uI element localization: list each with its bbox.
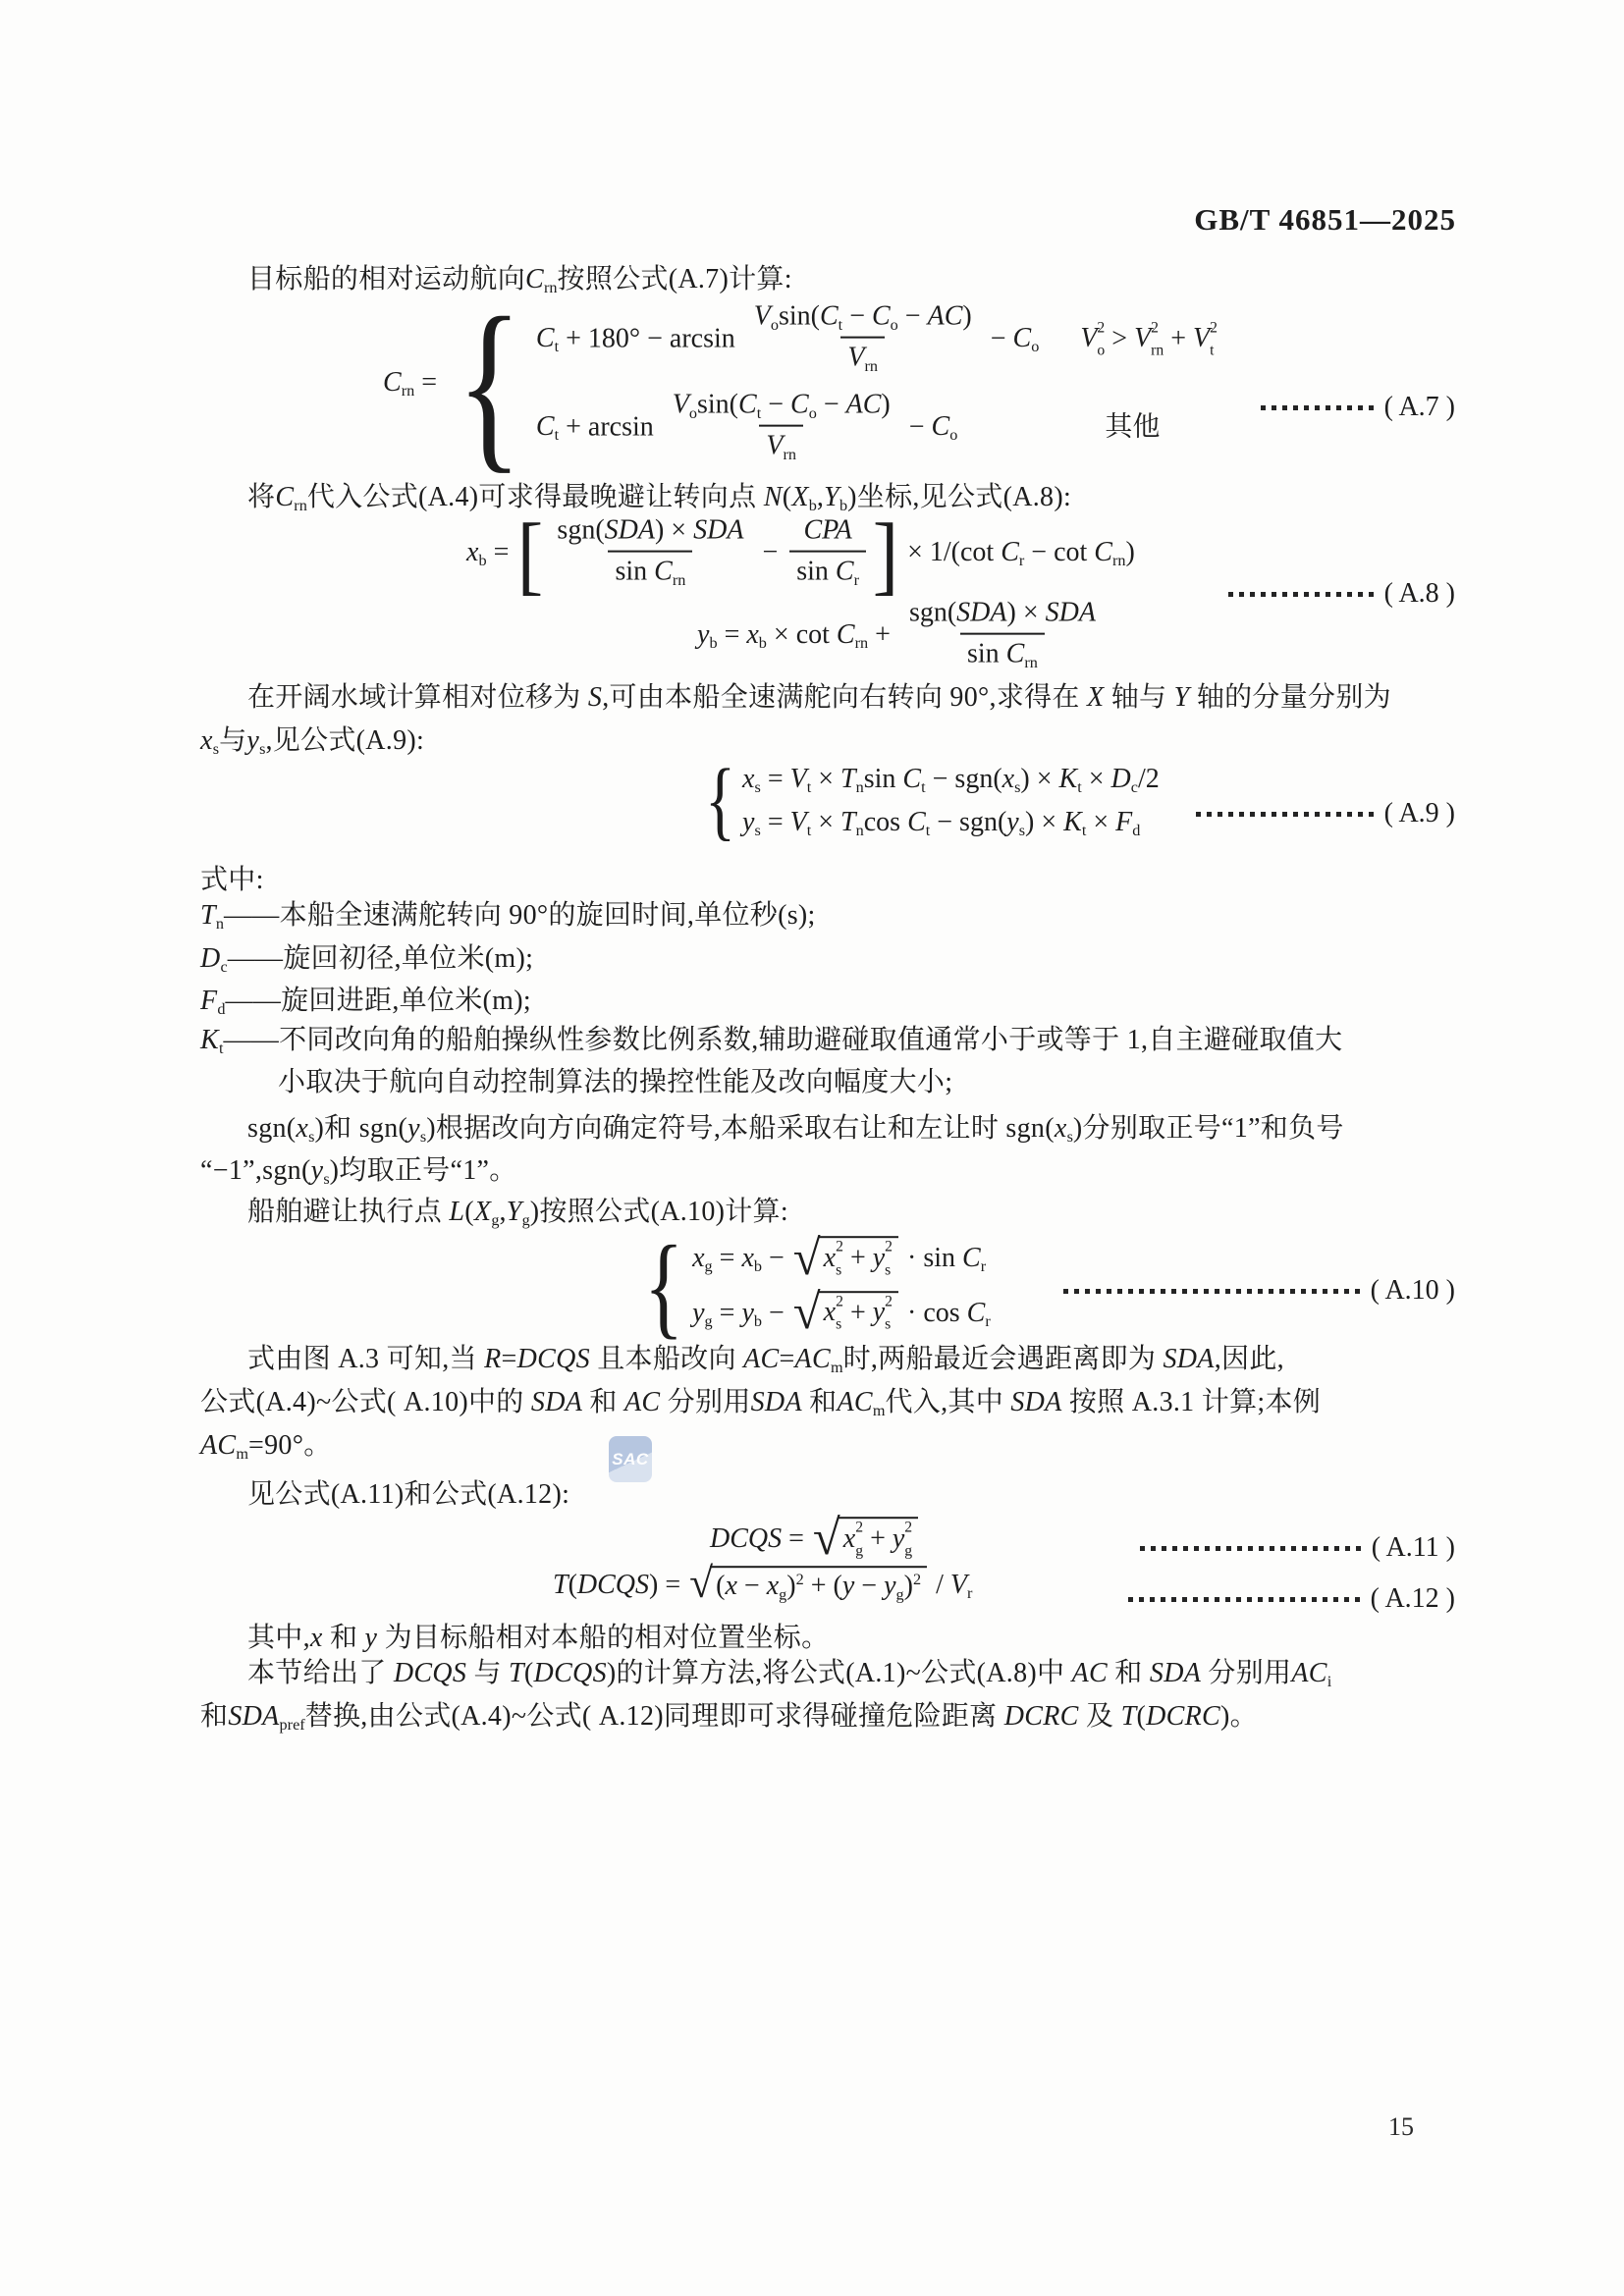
formula-ref-a9: ( A.9 ) bbox=[1196, 797, 1455, 830]
where-label: 式中: bbox=[200, 864, 264, 897]
definition-kt-line1: Kt——不同改向角的船舶操纵性参数比例系数,辅助避碰取值通常小于或等于 1,自主… bbox=[200, 1024, 1342, 1057]
formula-a9: {xs = Vt × Tnsin Ct − sgn(xs) × Kt × Dc/… bbox=[699, 764, 1160, 838]
ref-label: ( A.11 ) bbox=[1372, 1532, 1455, 1564]
formula-ref-a8: ( A.8 ) bbox=[1228, 577, 1455, 611]
watermark-text: SAC bbox=[612, 1450, 648, 1469]
ref-label: ( A.10 ) bbox=[1371, 1275, 1455, 1307]
dots-leader bbox=[1063, 1289, 1366, 1294]
formula-a12: T(DCQS) = √(x − xg)2 + (y − yg)2 / Vr bbox=[553, 1569, 972, 1605]
formula-a8-line2: yb = xb × cot Crn + sgn(SDA) × SDAsin Cr… bbox=[697, 601, 1108, 673]
definition-kt-line2: 小取决于航向自动控制算法的操控性能及改向幅度大小; bbox=[278, 1066, 952, 1099]
ref-label: ( A.12 ) bbox=[1371, 1583, 1455, 1615]
formula-ref-a7: ( A.7 ) bbox=[1261, 391, 1455, 424]
definition-tn: Tn——本船全速满舵转向 90°的旋回时间,单位秒(s); bbox=[200, 899, 816, 933]
formula-a8-line1: xb = [sgn(SDA) × SDAsin Crn − CPAsin Cr]… bbox=[466, 518, 1135, 591]
dots-leader bbox=[1128, 1597, 1366, 1602]
formula-ref-a12: ( A.12 ) bbox=[1128, 1582, 1455, 1616]
formula-ref-a10: ( A.10 ) bbox=[1063, 1274, 1455, 1308]
dots-leader bbox=[1261, 405, 1380, 410]
paragraph-exec-point: 船舶避让执行点 L(Xg,Yg)按照公式(A.10)计算: bbox=[247, 1196, 788, 1229]
document-page: GB/T 46851—2025 目标船的相对运动航向Crn按照公式(A.7)计算… bbox=[0, 0, 1624, 2296]
paragraph-see-formulas: 见公式(A.11)和公式(A.12): bbox=[247, 1478, 569, 1512]
paragraph-summary-line2: 和SDApref替换,由公式(A.4)~公式( A.12)同理即可求得碰撞危险距… bbox=[200, 1700, 1258, 1734]
definition-dc: Dc——旋回初径,单位米(m); bbox=[200, 942, 533, 976]
paragraph-coordinates: 其中,x 和 y 为目标船相对本船的相对位置坐标。 bbox=[247, 1622, 829, 1655]
paragraph-open-water-line1: 在开阔水域计算相对位移为 S,可由本船全速满舵向右转向 90°,求得在 X 轴与… bbox=[247, 681, 1391, 715]
paragraph-open-water-line2: xs与ys,见公式(A.9): bbox=[200, 724, 424, 758]
paragraph-summary-line1: 本节给出了 DCQS 与 T(DCQS)的计算方法,将公式(A.1)~公式(A.… bbox=[247, 1657, 1331, 1690]
dots-leader bbox=[1196, 812, 1380, 817]
paragraph-figure-a3-line2: 公式(A.4)~公式( A.10)中的 SDA 和 AC 分别用SDA 和ACm… bbox=[200, 1386, 1321, 1419]
paragraph-sgn-line1: sgn(xs)和 sgn(ys)根据改向方向确定符号,本船采取右让和左让时 sg… bbox=[247, 1112, 1344, 1146]
dots-leader bbox=[1140, 1546, 1367, 1551]
formula-a10: {xg = xb − √x2s + y2s · sin Cryg = yb − … bbox=[636, 1239, 991, 1336]
formula-ref-a11: ( A.11 ) bbox=[1140, 1531, 1455, 1565]
paragraph-intro-a8: 将Crn代入公式(A.4)可求得最晚避让转向点 N(Xb,Yb)坐标,见公式(A… bbox=[247, 481, 1071, 514]
sac-watermark-logo: SAC bbox=[609, 1436, 652, 1482]
dots-leader bbox=[1228, 592, 1380, 597]
paragraph-sgn-line2: “−1”,sgn(ys)均取正号“1”。 bbox=[200, 1154, 517, 1188]
ref-label: ( A.9 ) bbox=[1384, 798, 1455, 829]
standard-code-header: GB/T 46851—2025 bbox=[1194, 202, 1456, 238]
formula-a11: DCQS = √x2g + y2g bbox=[710, 1520, 920, 1562]
formula-a7: Crn = {Ct + 180° − arcsin Vosin(Ct − Co … bbox=[383, 304, 1218, 465]
definition-fd: Fd——旋回进距,单位米(m); bbox=[200, 985, 531, 1018]
paragraph-figure-a3-line3: ACm=90°。 bbox=[200, 1429, 332, 1463]
ref-label: ( A.7 ) bbox=[1384, 392, 1455, 423]
paragraph-figure-a3-line1: 式由图 A.3 可知,当 R=DCQS 且本船改向 AC=ACm时,两船最近会遇… bbox=[247, 1343, 1284, 1376]
ref-label: ( A.8 ) bbox=[1384, 578, 1455, 610]
page-number: 15 bbox=[1388, 2112, 1414, 2142]
